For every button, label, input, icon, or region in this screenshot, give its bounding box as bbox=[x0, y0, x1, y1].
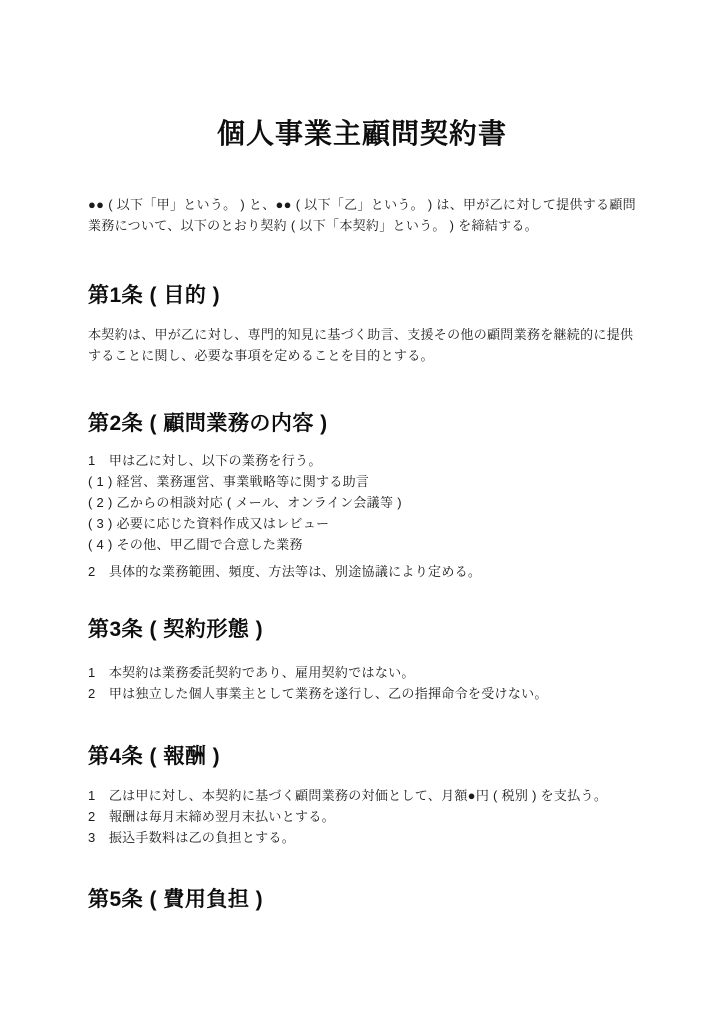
section-line: ( 1 ) 経営、業務運営、事業戦略等に関する助言 bbox=[88, 471, 636, 492]
contract-document-page: 個人事業主顧問契約書 ●● ( 以下「甲」という。 ) と、●● ( 以下「乙」… bbox=[0, 0, 724, 1024]
section-line: 1 乙は甲に対し、本契約に基づく顧問業務の対価として、月額●円 ( 税別 ) を… bbox=[88, 785, 636, 806]
section-line: 本契約は、甲が乙に対し、専門的知見に基づく助言、支援その他の顧問業務を継続的に提… bbox=[88, 324, 636, 366]
section-advisory-services-heading: 第2条 ( 顧問業務の内容 ) bbox=[88, 412, 636, 436]
section-purpose-heading: 第1条 ( 目的 ) bbox=[88, 284, 636, 308]
section-advisory-services-body: 1 甲は乙に対し、以下の業務を行う。 ( 1 ) 経営、業務運営、事業戦略等に関… bbox=[88, 450, 636, 582]
section-line: 1 本契約は業務委託契約であり、雇用契約ではない。 bbox=[88, 662, 636, 683]
section-compensation-heading: 第4条 ( 報酬 ) bbox=[88, 745, 636, 769]
document-title: 個人事業主顧問契約書 bbox=[88, 118, 636, 150]
section-compensation: 第4条 ( 報酬 ) 1 乙は甲に対し、本契約に基づく顧問業務の対価として、月額… bbox=[88, 745, 636, 848]
section-line: ( 2 ) 乙からの相談対応 ( メール、オンライン会議等 ) bbox=[88, 492, 636, 513]
section-purpose-body: 本契約は、甲が乙に対し、専門的知見に基づく助言、支援その他の顧問業務を継続的に提… bbox=[88, 324, 636, 366]
section-contract-form: 第3条 ( 契約形態 ) 1 本契約は業務委託契約であり、雇用契約ではない。 2… bbox=[88, 618, 636, 704]
section-cost-burden: 第5条 ( 費用負担 ) bbox=[88, 888, 636, 912]
section-purpose: 第1条 ( 目的 ) 本契約は、甲が乙に対し、専門的知見に基づく助言、支援その他… bbox=[88, 284, 636, 366]
section-line: 2 具体的な業務範囲、頻度、方法等は、別途協議により定める。 bbox=[88, 561, 636, 582]
section-line: 1 甲は乙に対し、以下の業務を行う。 bbox=[88, 450, 636, 471]
section-compensation-body: 1 乙は甲に対し、本契約に基づく顧問業務の対価として、月額●円 ( 税別 ) を… bbox=[88, 785, 636, 848]
section-line: 2 報酬は毎月末締め翌月末払いとする。 bbox=[88, 806, 636, 827]
section-line: ( 3 ) 必要に応じた資料作成又はレビュー bbox=[88, 513, 636, 534]
section-contract-form-body: 1 本契約は業務委託契約であり、雇用契約ではない。 2 甲は独立した個人事業主と… bbox=[88, 662, 636, 704]
section-line: 2 甲は独立した個人事業主として業務を遂行し、乙の指揮命令を受けない。 bbox=[88, 683, 636, 704]
section-line: ( 4 ) その他、甲乙間で合意した業務 bbox=[88, 534, 636, 555]
intro-paragraph: ●● ( 以下「甲」という。 ) と、●● ( 以下「乙」という。 ) は、甲が… bbox=[88, 194, 636, 236]
section-contract-form-heading: 第3条 ( 契約形態 ) bbox=[88, 618, 636, 642]
section-line: 3 振込手数料は乙の負担とする。 bbox=[88, 827, 636, 848]
section-cost-burden-heading: 第5条 ( 費用負担 ) bbox=[88, 888, 636, 912]
section-advisory-services: 第2条 ( 顧問業務の内容 ) 1 甲は乙に対し、以下の業務を行う。 ( 1 )… bbox=[88, 412, 636, 582]
